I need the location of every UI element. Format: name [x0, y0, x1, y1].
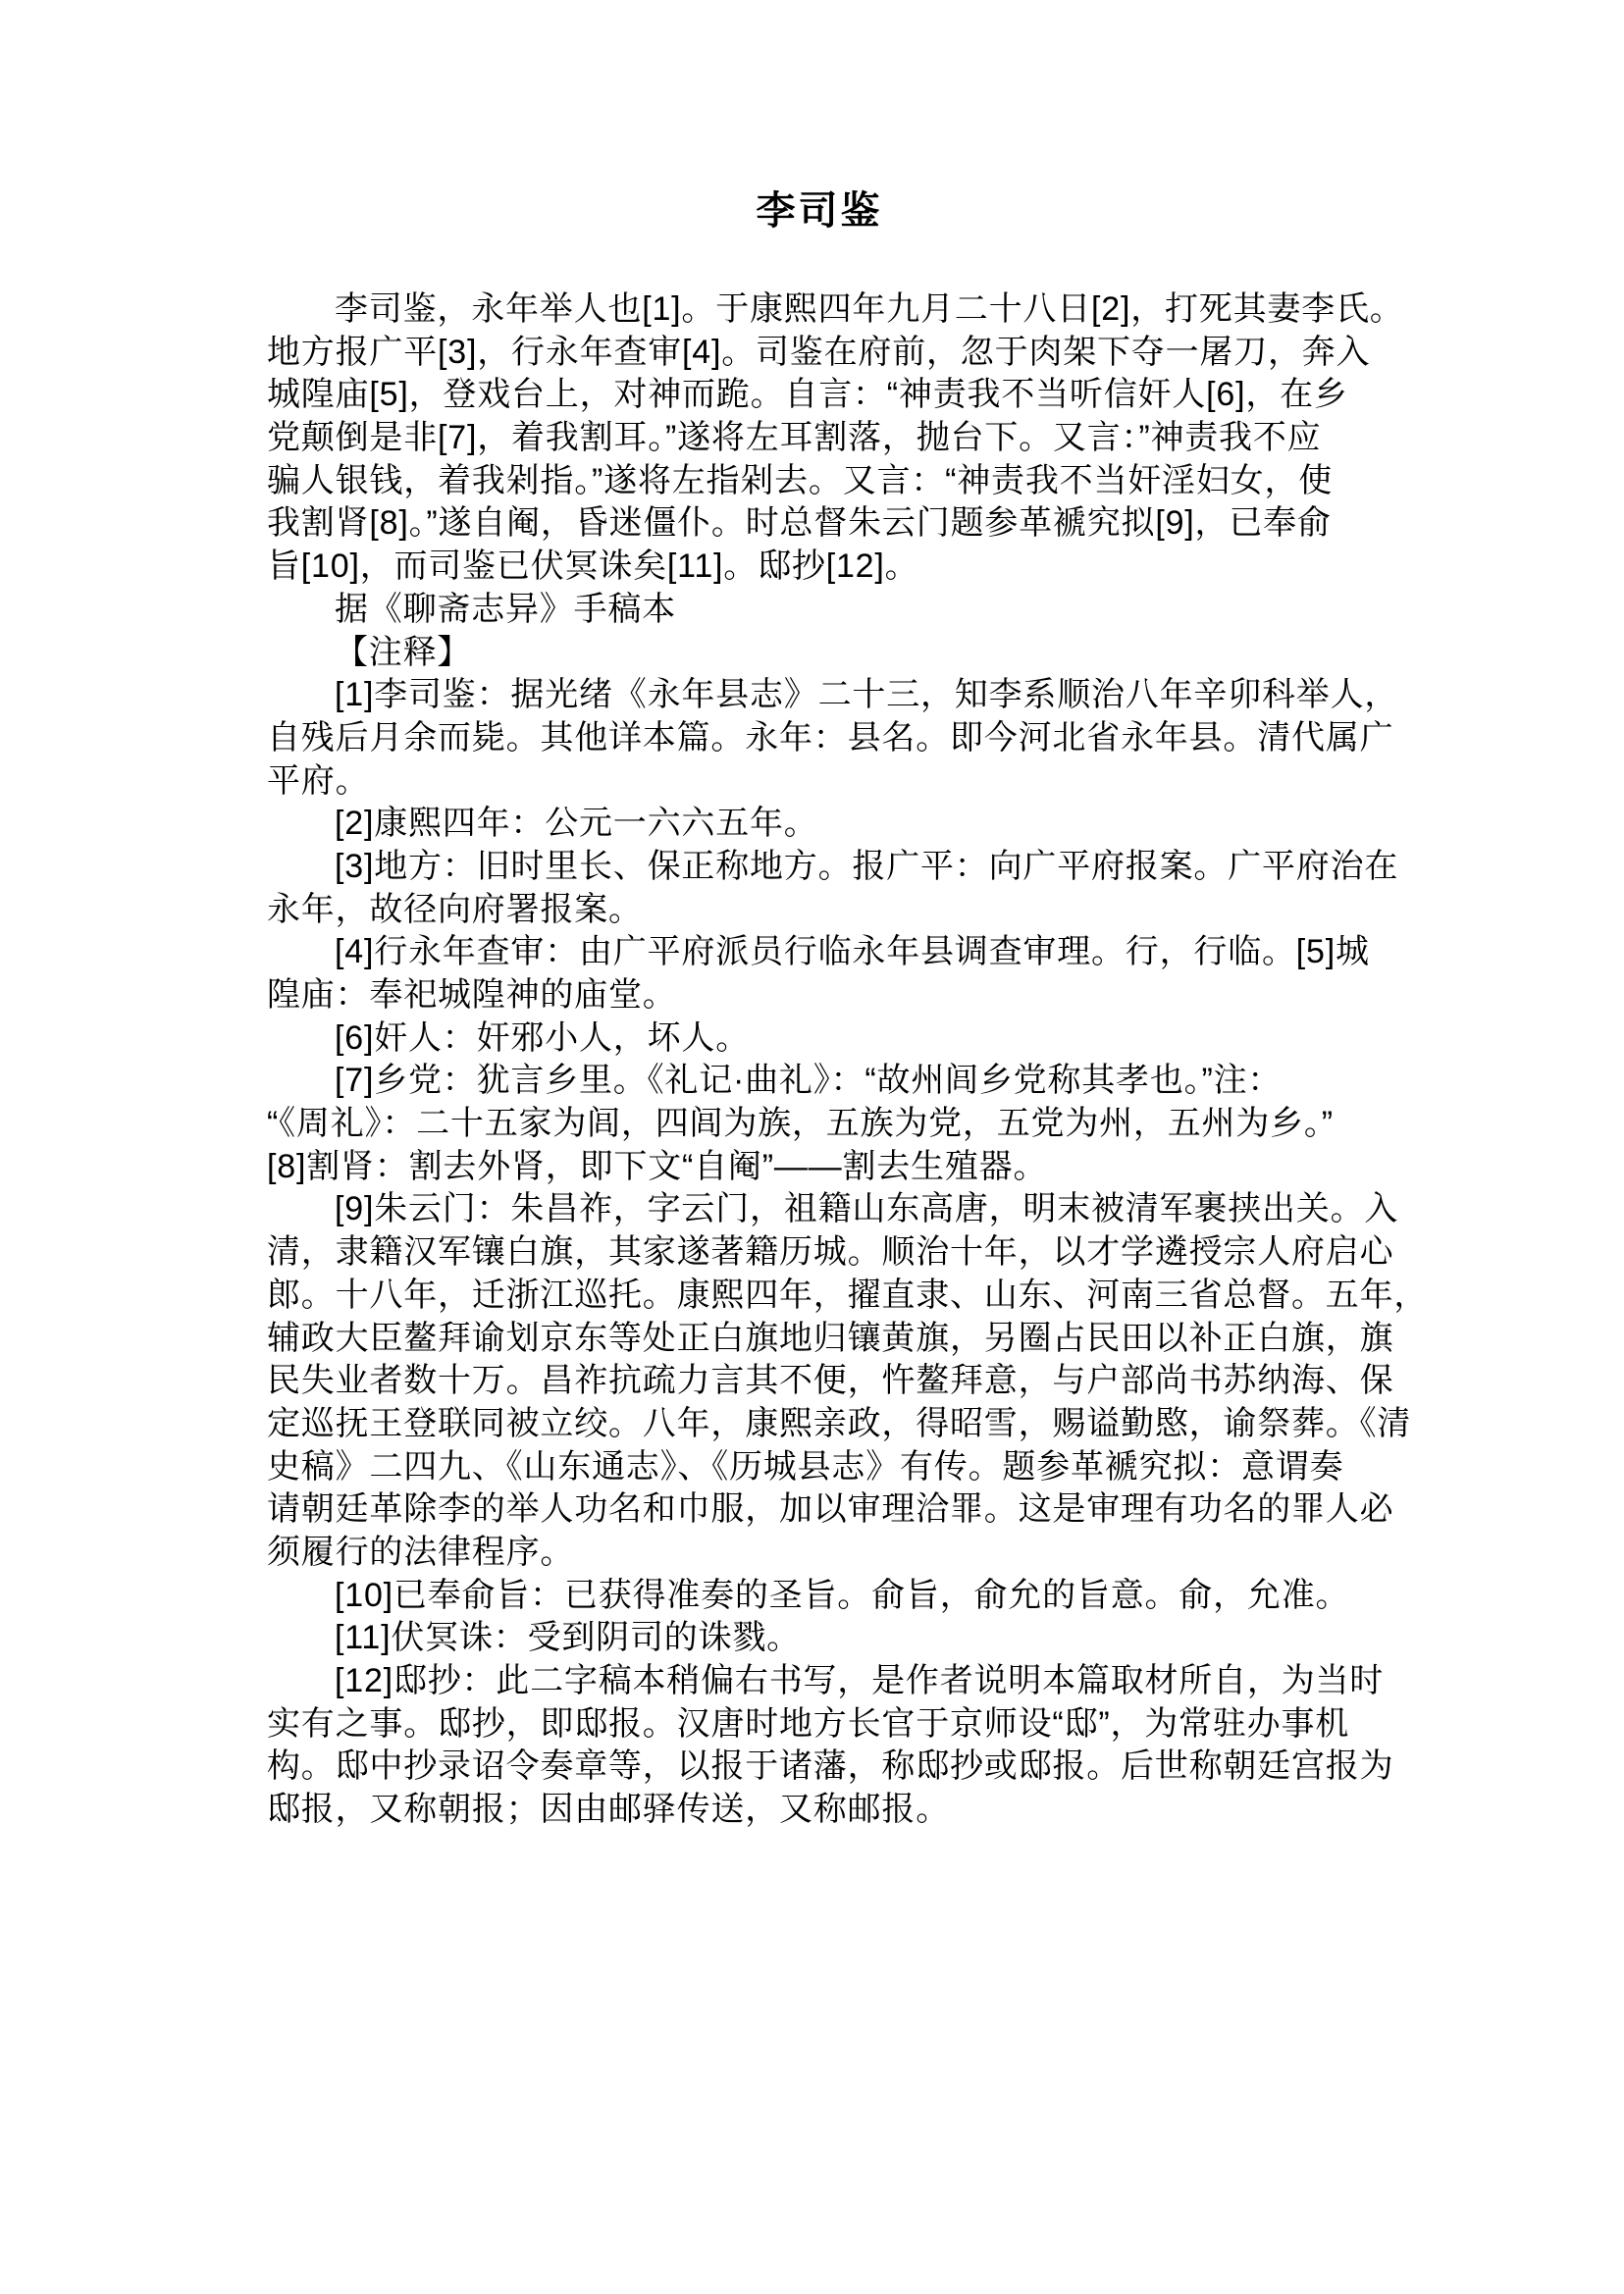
note-6: [6]奸人：奸邪小人，坏人。 [267, 1017, 1405, 1061]
text-line: 民失业者数十万。昌祚抗疏力言其不便，忤鳌拜意，与户部尚书苏纳海、保 [267, 1360, 1405, 1403]
text-line: [1]李司鉴：据光绪《永年县志》二十三，知李系顺治八年辛卯科举人， [267, 674, 1405, 717]
notes-heading: 【注释】 [267, 632, 1405, 675]
text-line: 我割肾[8]。”遂自阉，昏迷僵仆。时总督朱云门题参革褫究拟[9]，已奉俞 [267, 502, 1405, 546]
text-line: 邸报，又称朝报；因由邮驿传送，又称邮报。 [267, 1789, 1405, 1832]
text-line: “《周礼》：二十五家为闾，四闾为族，五族为党，五党为州，五州为乡。” [267, 1103, 1405, 1146]
story-paragraph: 李司鉴，永年举人也[1]。于康熙四年九月二十八日[2]，打死其妻李氏。地方报广平… [267, 288, 1405, 589]
text-line: 构。邸中抄录诏令奏章等，以报于诸藩，称邸抄或邸报。后世称朝廷宫报为 [267, 1746, 1405, 1789]
text-line: 定巡抚王登联同被立绞。八年，康熙亲政，得昭雪，赐谥勤愍，谕祭葬。《清 [267, 1403, 1405, 1446]
note-7: [7]乡党：犹言乡里。《礼记·曲礼》：“故州闾乡党称其孝也。”注：“《周礼》：二… [267, 1060, 1405, 1145]
text-line: 史稿》二四九、《山东通志》、《历城县志》有传。题参革褫究拟：意谓奏 [267, 1446, 1405, 1489]
text-line: 平府。 [267, 760, 1405, 804]
text-line: 隍庙：奉祀城隍神的庙堂。 [267, 974, 1405, 1017]
text-line: [4]行永年查审：由广平府派员行临永年县调查审理。行，行临。[5]城 [267, 931, 1405, 974]
document-body: 李司鉴，永年举人也[1]。于康熙四年九月二十八日[2]，打死其妻李氏。地方报广平… [267, 288, 1405, 1832]
note-4-5: [4]行永年查审：由广平府派员行临永年县调查审理。行，行临。[5]城隍庙：奉祀城… [267, 931, 1405, 1017]
text-line: [6]奸人：奸邪小人，坏人。 [267, 1017, 1405, 1061]
text-line: 地方报广平[3]，行永年查审[4]。司鉴在府前，忽于肉架下夺一屠刀，奔入 [267, 332, 1405, 375]
note-11: [11]伏冥诛：受到阴司的诛戮。 [267, 1617, 1405, 1660]
text-line: [9]朱云门：朱昌祚，字云门，祖籍山东高唐，明末被清军裹挟出关。入 [267, 1188, 1405, 1231]
note-1: [1]李司鉴：据光绪《永年县志》二十三，知李系顺治八年辛卯科举人，自残后月余而毙… [267, 674, 1405, 803]
document-page: 李司鉴 李司鉴，永年举人也[1]。于康熙四年九月二十八日[2]，打死其妻李氏。地… [0, 0, 1624, 2294]
text-line: [12]邸抄：此二字稿本稍偏右书写，是作者说明本篇取材所自，为当时 [267, 1660, 1405, 1703]
text-line: [11]伏冥诛：受到阴司的诛戮。 [267, 1617, 1405, 1660]
text-line: 辅政大臣鳌拜谕划京东等处正白旗地归镶黄旗，另圈占民田以补正白旗，旗 [267, 1318, 1405, 1361]
text-line: 城隍庙[5]，登戏台上，对神而跪。自言：“神责我不当听信奸人[6]，在乡 [267, 374, 1405, 417]
text-line: 清，隶籍汉军镶白旗，其家遂著籍历城。顺治十年，以才学遴授宗人府启心 [267, 1231, 1405, 1275]
text-line: [3]地方：旧时里长、保正称地方。报广平：向广平府报案。广平府治在 [267, 846, 1405, 889]
text-line: 实有之事。邸抄，即邸报。汉唐时地方长官于京师设“邸”，为常驻办事机 [267, 1703, 1405, 1747]
text-line: 据《聊斋志异》手稿本 [267, 589, 1405, 632]
text-line: [7]乡党：犹言乡里。《礼记·曲礼》：“故州闾乡党称其孝也。”注： [267, 1060, 1405, 1103]
text-line: 请朝廷革除李的举人功名和巾服，加以审理洽罪。这是审理有功名的罪人必 [267, 1488, 1405, 1532]
text-line: 旨[10]，而司鉴已伏冥诛矣[11]。邸抄[12]。 [267, 546, 1405, 589]
text-line: [8]割肾：割去外肾，即下文“自阉”——割去生殖器。 [267, 1146, 1405, 1189]
page-title: 李司鉴 [250, 186, 1388, 235]
text-line: [10]已奉俞旨：已获得准奏的圣旨。俞旨，俞允的旨意。俞，允准。 [267, 1575, 1405, 1618]
text-line: 党颠倒是非[7]，着我割耳。”遂将左耳割落，抛台下。又言：”神责我不应 [267, 417, 1405, 460]
text-line: 【注释】 [267, 632, 1405, 675]
note-12: [12]邸抄：此二字稿本稍偏右书写，是作者说明本篇取材所自，为当时实有之事。邸抄… [267, 1660, 1405, 1832]
text-line: 自残后月余而毙。其他详本篇。永年：县名。即今河北省永年县。清代属广 [267, 717, 1405, 760]
text-line: [2]康熙四年：公元一六六五年。 [267, 803, 1405, 846]
text-line: 永年，故径向府署报案。 [267, 889, 1405, 932]
note-2: [2]康熙四年：公元一六六五年。 [267, 803, 1405, 846]
text-line: 须履行的法律程序。 [267, 1532, 1405, 1575]
text-line: 骗人银钱，着我剁指。”遂将左指剁去。又言：“神责我不当奸淫妇女，使 [267, 460, 1405, 503]
text-line: 李司鉴，永年举人也[1]。于康熙四年九月二十八日[2]，打死其妻李氏。 [267, 288, 1405, 332]
note-9: [9]朱云门：朱昌祚，字云门，祖籍山东高唐，明末被清军裹挟出关。入清，隶籍汉军镶… [267, 1188, 1405, 1574]
source-attribution: 据《聊斋志异》手稿本 [267, 589, 1405, 632]
note-3: [3]地方：旧时里长、保正称地方。报广平：向广平府报案。广平府治在永年，故径向府… [267, 846, 1405, 931]
note-8: [8]割肾：割去外肾，即下文“自阉”——割去生殖器。 [267, 1146, 1405, 1189]
text-line: 郎。十八年，迁浙江巡托。康熙四年，擢直隶、山东、河南三省总督。五年， [267, 1275, 1405, 1318]
note-10: [10]已奉俞旨：已获得准奏的圣旨。俞旨，俞允的旨意。俞，允准。 [267, 1575, 1405, 1618]
